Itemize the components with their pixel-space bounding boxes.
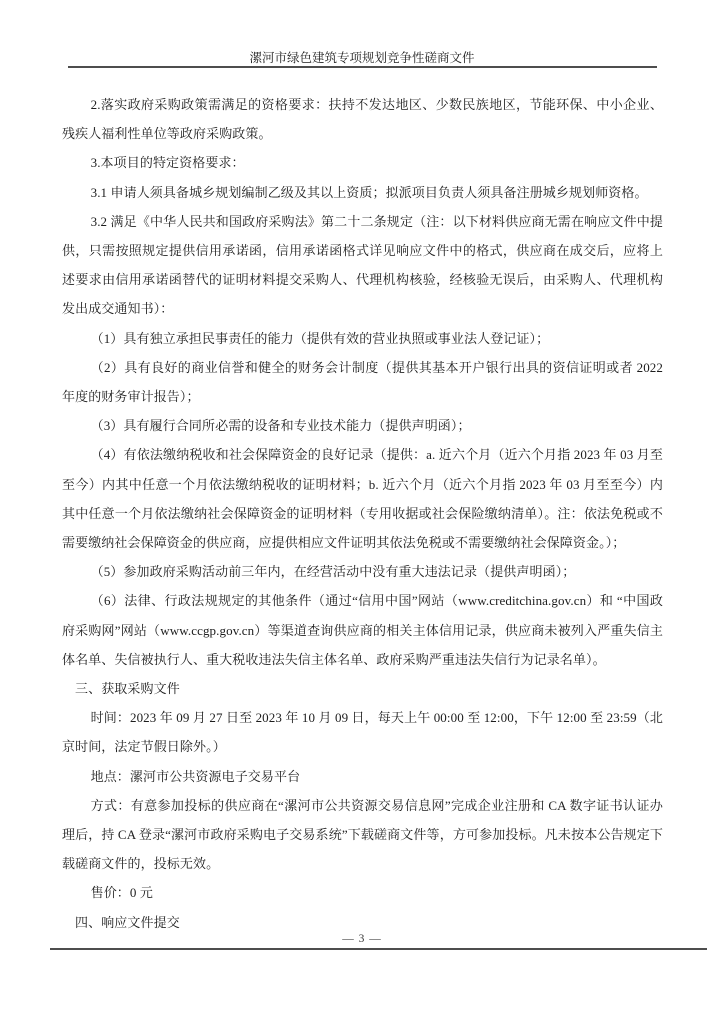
paragraph-qualification-3-2: 3.2 满足《中华人民共和国政府采购法》第二十二条规定（注：以下材料供应商无需在… (62, 207, 663, 324)
paragraph-location: 地点：漯河市公共资源电子交易平台 (62, 762, 663, 791)
header-rule (68, 66, 657, 68)
document-page: 漯河市绿色建筑专项规划竞争性磋商文件 2.落实政府采购政策需满足的资格要求：扶持… (0, 0, 724, 1024)
paragraph-condition-5: （5）参加政府采购活动前三年内，在经营活动中没有重大违法记录（提供声明函）； (62, 557, 663, 586)
document-body: 2.落实政府采购政策需满足的资格要求：扶持不发达地区、少数民族地区，节能环保、中… (62, 90, 663, 937)
paragraph-condition-4: （4）有依法缴纳税收和社会保障资金的良好记录（提供：a. 近六个月（近六个月指 … (62, 440, 663, 557)
paragraph-specific-requirements: 3.本项目的特定资格要求： (62, 148, 663, 177)
paragraph-condition-2: （2）具有良好的商业信誉和健全的财务会计制度（提供其基本开户银行出具的资信证明或… (62, 353, 663, 411)
paragraph-condition-3: （3）具有履行合同所必需的设备和专业技术能力（提供声明函）； (62, 411, 663, 440)
page-number: — 3 — (0, 932, 724, 947)
section-heading-obtain-documents: 三、获取采购文件 (62, 674, 663, 703)
paragraph-time: 时间：2023 年 09 月 27 日至 2023 年 10 月 09 日，每天… (62, 703, 663, 761)
paragraph-condition-1: （1）具有独立承担民事责任的能力（提供有效的营业执照或事业法人登记证）； (62, 324, 663, 353)
paragraph-qualification-3-1: 3.1 申请人须具备城乡规划编制乙级及其以上资质；拟派项目负责人须具备注册城乡规… (62, 178, 663, 207)
paragraph-method: 方式：有意参加投标的供应商在“漯河市公共资源交易信息网”完成企业注册和 CA 数… (62, 791, 663, 879)
paragraph-price: 售价：0 元 (62, 878, 663, 907)
paragraph-condition-6: （6）法律、行政法规规定的其他条件（通过“信用中国”网站（www.creditc… (62, 586, 663, 674)
page-header-title: 漯河市绿色建筑专项规划竞争性磋商文件 (0, 51, 724, 65)
footer-rule (50, 948, 707, 950)
paragraph-procurement-policy: 2.落实政府采购政策需满足的资格要求：扶持不发达地区、少数民族地区，节能环保、中… (62, 90, 663, 148)
